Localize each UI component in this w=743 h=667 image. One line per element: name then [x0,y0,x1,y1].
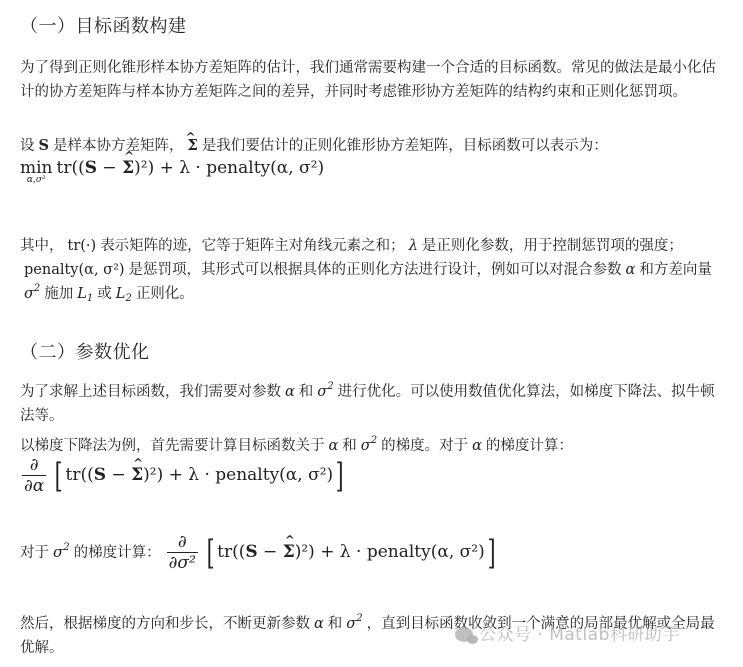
math-lambda: λ [405,238,422,254]
partial-fraction: ∂∂α [22,455,46,496]
eq-part: − [97,158,122,178]
math-sigma-hat: Σ [183,134,201,158]
math-S: S [35,137,53,154]
gradient-sigma-equation: 对于σ2的梯度计算：∂∂σ²[tr((S − Σ)²) + λ · penalt… [20,532,498,573]
text: 的梯度计算： [74,545,161,561]
eq-sigma-hat: Σ [283,542,295,562]
math-sigma-squared: σ2 [357,438,381,454]
math-sigma-squared: σ2 [49,543,74,561]
paragraph-optimization-intro: 为了求解上述目标函数，我们需要对参数α和σ2进行优化。可以使用数值优化算法，如梯… [20,380,725,428]
math-sigma-squared: σ2 [313,384,337,400]
L: L [77,286,87,302]
eq-sigma-hat: Σ [131,465,143,485]
watermark-text: 公众号 · Matlab科研助手 [479,625,680,645]
denominator: ∂α [22,475,46,496]
eq-S: S [94,465,106,485]
math-L2: L2 [112,286,136,302]
math-alpha: α [281,384,299,400]
text: 和 [342,438,357,454]
eq-part: )²) + λ · penalty(α, σ²) [134,158,324,178]
paragraph-explanation: 其中，tr(·)表示矩阵的迹，它等于矩阵主对角线元素之和；λ是正则化参数，用于控… [20,234,725,306]
math-alpha: α [325,438,343,454]
section-heading-objective: （一）目标函数构建 [20,12,187,38]
eq-sigma-hat: Σ [122,158,134,178]
text: 和 [328,616,343,632]
math-L1: L1 [73,286,97,302]
eq-part: )²) + λ · penalty(α, σ²) [295,542,485,562]
text: 的梯度。对于 [381,438,468,454]
math-trace: tr(·) [64,238,101,254]
sigma: σ [53,543,63,561]
text: 是我们要估计的正则化锥形协方差矩阵，目标函数可以表示为： [202,138,608,154]
wechat-icon [455,627,473,642]
sigma: σ [317,384,327,400]
text: 施加 [44,286,73,302]
eq-part: )²) + λ · penalty(α, σ²) [143,465,333,485]
text: 的梯度计算： [486,438,573,454]
partial-fraction: ∂∂σ² [167,532,198,573]
left-bracket: [ [206,536,214,570]
eq-part: tr(( [66,465,94,485]
watermark: 公众号 · Matlab科研助手 [455,620,680,645]
text: 表示矩阵的迹，它等于矩阵主对角线元素之和； [100,238,405,254]
eq-part: tr(( [217,542,245,562]
text: 和方差向量 [639,262,712,278]
right-bracket: ] [487,536,495,570]
text: 是惩罚项，其形式可以根据具体的正则化方法进行设计，例如可以对混合参数 [129,262,622,278]
gradient-alpha-equation: ∂∂α[tr((S − Σ)²) + λ · penalty(α, σ²)] [22,455,346,496]
eq-part: − [106,465,131,485]
math-penalty: penalty(α, σ²) [20,262,129,278]
sigma: σ [346,616,356,632]
sigma: σ [361,438,371,454]
eq-S: S [245,542,257,562]
text: 为了求解上述目标函数，我们需要对参数 [20,384,281,400]
math-sigma-squared: σ2 [342,616,366,632]
sigma: σ [24,286,34,302]
right-bracket: ] [336,459,344,493]
text: 以梯度下降法为例，首先需要计算目标函数关于 [20,438,325,454]
text: 或 [97,286,112,302]
text: 是样本协方差矩阵， [53,138,184,154]
math-alpha: α [622,262,640,278]
denominator: ∂σ² [167,552,198,573]
text: 和 [299,384,314,400]
eq-part: tr(( [57,158,85,178]
numerator: ∂ [22,455,46,475]
objective-equation: minα,σ²tr((S − Σ)²) + λ · penalty(α, σ²) [20,158,324,185]
min-operator: minα,σ² [20,158,53,185]
math-alpha: α [310,616,328,632]
math-sigma-squared: σ2 [20,286,44,302]
text: 正则化。 [136,286,194,302]
section-heading-optimization: （二）参数优化 [20,338,150,364]
L: L [116,286,126,302]
text: 其中， [20,238,64,254]
text: 是正则化参数，用于控制惩罚项的强度； [422,238,683,254]
numerator: ∂ [167,532,198,552]
sub: 2 [125,293,131,304]
text: 然后，根据梯度的方向和步长，不断更新参数 [20,616,310,632]
eq-part: − [258,542,283,562]
math-alpha: α [468,438,486,454]
text: 对于 [20,545,49,561]
eq-S: S [85,158,97,178]
paragraph-objective-intro: 为了得到正则化锥形样本协方差矩阵的估计，我们通常需要构建一个合适的目标函数。常见… [20,56,725,104]
text: 设 [20,138,35,154]
sub: 1 [87,293,93,304]
left-bracket: [ [55,459,63,493]
